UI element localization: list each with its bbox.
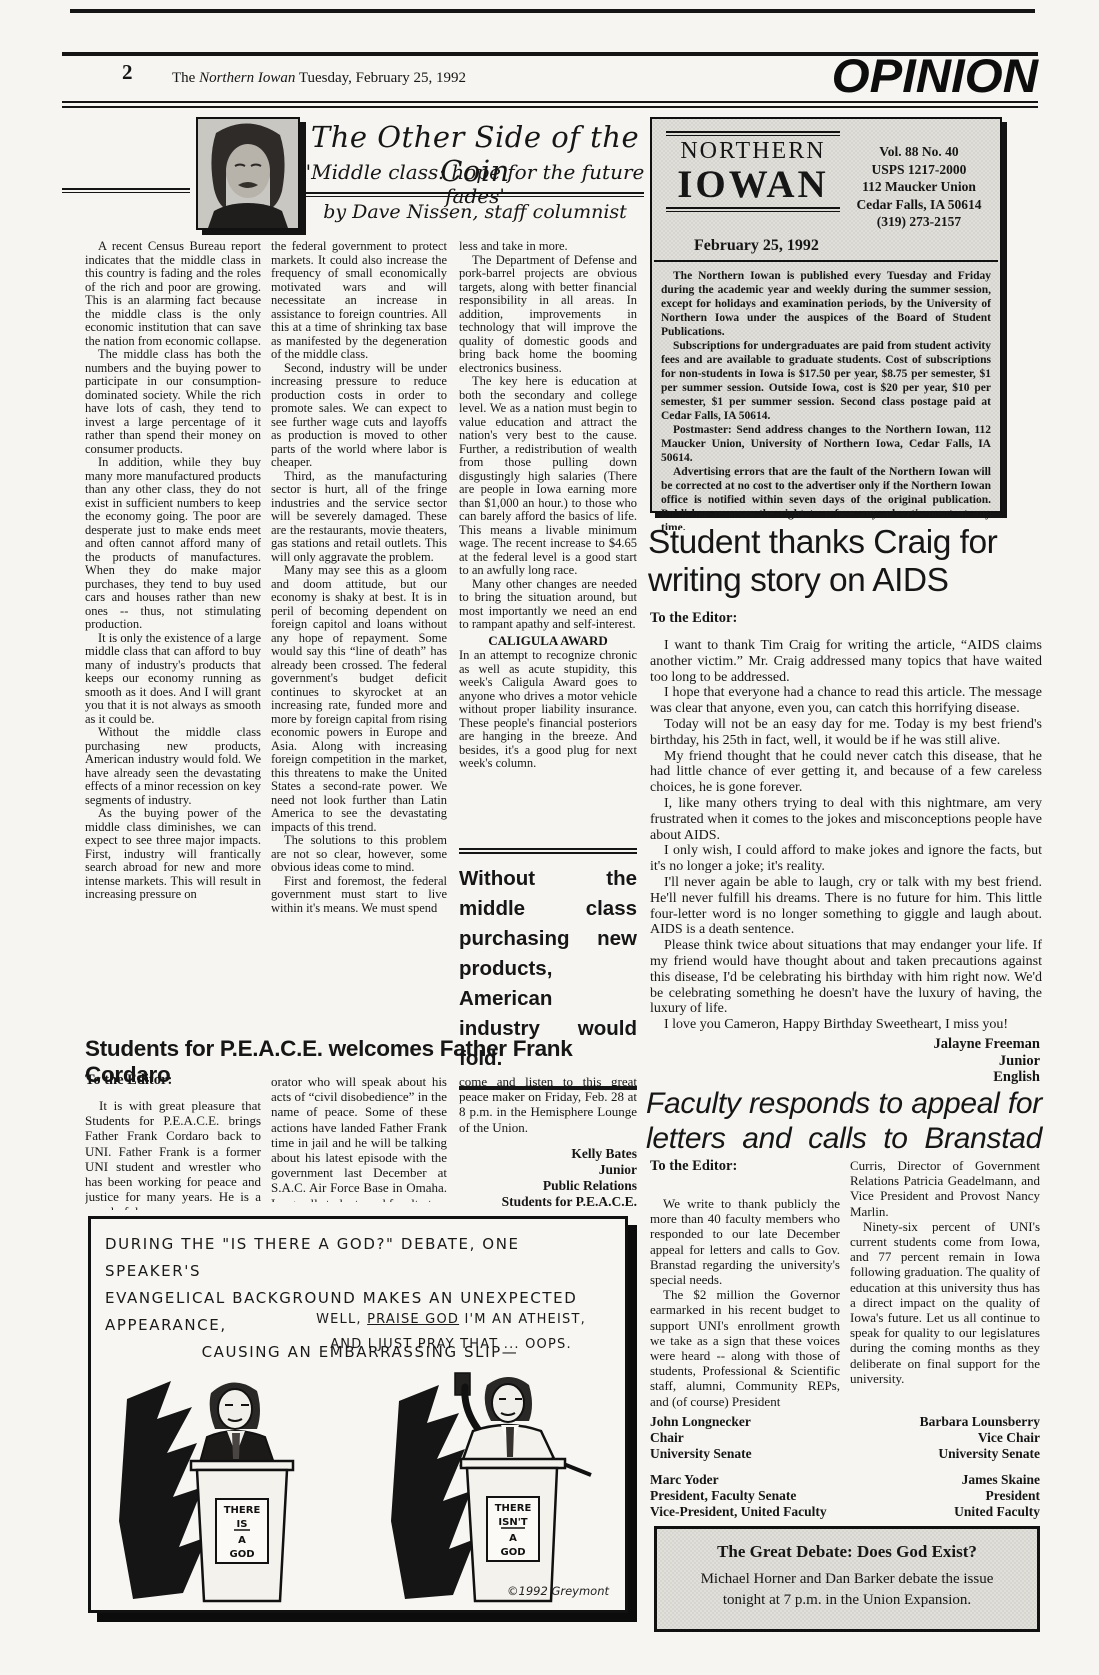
letter-paragraph: My friend thought that he could never ca…: [650, 749, 1042, 796]
letter-paragraph: I only wish, I could afford to make joke…: [650, 843, 1042, 875]
masthead-info-line: 112 Maucker Union: [846, 178, 992, 196]
debate-line: Michael Horner and Dan Barker debate the…: [657, 1569, 1037, 1590]
letter-paragraph: I love you Cameron, Happy Birthday Sweet…: [650, 1017, 1042, 1032]
faculty-signature-1: John LongneckerChairUniversity Senate: [650, 1414, 840, 1462]
left-small-rule: [62, 188, 190, 193]
column-byline: by Dave Nissen, staff columnist: [306, 201, 644, 223]
letter-paragraph: I, like many others trying to deal with …: [650, 796, 1042, 843]
signature-line: Students for P.E.A.C.E.: [459, 1194, 637, 1210]
masthead-paragraph: The Northern Iowan is published every Tu…: [661, 269, 991, 339]
podium-sign-line: GOD: [500, 1547, 525, 1558]
letter-paragraph: I want to thank Tim Craig for writing th…: [650, 638, 1042, 685]
podium-sign-line: A: [238, 1535, 246, 1546]
signature-line: Kelly Bates: [459, 1146, 637, 1162]
debater-left: [199, 1382, 275, 1466]
peace-letter-salutation: To the Editor:: [85, 1072, 172, 1089]
speech-pre: WELL,: [316, 1312, 367, 1327]
podium-sign-line: THERE: [495, 1503, 532, 1514]
signature-line: Junior: [459, 1162, 637, 1178]
masthead-paragraphs: The Northern Iowan is published every Tu…: [652, 262, 1000, 530]
speech-post: I'M AN ATHEIST,: [459, 1312, 586, 1327]
cartoon-caption-line: DURING THE "IS THERE A GOD?" DEBATE, ONE…: [105, 1231, 615, 1285]
issue-date: Tuesday, February 25, 1992: [299, 70, 466, 86]
newspaper-page: 2 The Northern Iowan Tuesday, February 2…: [0, 0, 1099, 1675]
podium-left: THERE IS A GOD: [191, 1461, 293, 1601]
columnist-photo-image: [198, 119, 298, 228]
article-paragraph: Many may see this as a gloom and doom at…: [271, 564, 447, 834]
speech-underlined: PRAISE GOD: [367, 1312, 459, 1327]
article-paragraph: The solutions to this problem are not so…: [271, 834, 447, 875]
podium-sign-line: GOD: [229, 1549, 254, 1560]
signature-line: University Senate: [850, 1446, 1040, 1462]
masthead-date: February 25, 1992: [654, 231, 998, 262]
signature-line: Barbara Lounsberry: [850, 1414, 1040, 1430]
masthead-nameplate: NORTHERN IOWAN: [660, 129, 846, 231]
masthead-paragraph: Subscriptions for undergraduates are pai…: [661, 339, 991, 423]
article-column-3b: In an attempt to recognize chronic as we…: [459, 649, 637, 771]
cartoon-speech-line-1: WELL, PRAISE GOD I'M AN ATHEIST,: [281, 1307, 621, 1332]
article-paragraph: The Department of Defense and pork-barre…: [459, 254, 637, 376]
article-column-1: A recent Census Bureau report indicates …: [85, 240, 261, 1022]
aids-letter-body: I want to thank Tim Craig for writing th…: [650, 638, 1042, 1032]
nameplate-line2: IOWAN: [660, 165, 846, 205]
peace-column-3: come and listen to this great peace make…: [459, 1074, 637, 1140]
nameplate-bottom-rule: [666, 207, 840, 212]
article-paragraph: The key here is education at both the se…: [459, 375, 637, 578]
signature-line: Marc Yoder: [650, 1472, 850, 1488]
header-bottom-rule: [62, 101, 1038, 108]
article-paragraph: In addition, while they buy many more ma…: [85, 456, 261, 632]
page-number: 2: [122, 60, 133, 85]
signature-line: President: [850, 1488, 1040, 1504]
signature-line: United Faculty: [850, 1504, 1040, 1520]
scribble-shadow-right: [391, 1385, 475, 1599]
podium-right: THERE ISN'T A GOD: [461, 1459, 565, 1601]
letter-paragraph: The $2 million the Governor earmarked in…: [650, 1287, 840, 1409]
letter-paragraph: Ninety-six percent of UNI's current stud…: [850, 1219, 1040, 1386]
letter-paragraph: orator who will speak about his acts of …: [271, 1074, 447, 1202]
signature-line: Vice Chair: [850, 1430, 1040, 1446]
article-column-2: the federal government to protect market…: [271, 240, 447, 1022]
aids-letter-salutation: To the Editor:: [650, 610, 737, 627]
podium-sign-line: ISN'T: [498, 1517, 527, 1528]
signature-line: Chair: [650, 1430, 840, 1446]
signature-line: University Senate: [650, 1446, 840, 1462]
podium-sign-line: IS: [237, 1519, 248, 1530]
article-paragraph: the federal government to protect market…: [271, 240, 447, 362]
letter-paragraph: Please think twice about situations that…: [650, 938, 1042, 1017]
section-title: OPINION: [676, 48, 1038, 103]
letter-paragraph: come and listen to this great peace make…: [459, 1074, 637, 1135]
article-column-3a: less and take in more.The Department of …: [459, 240, 637, 632]
article-paragraph: The middle class has both the numbers an…: [85, 348, 261, 456]
article-paragraph: Many other changes are needed to bring t…: [459, 578, 637, 632]
aids-letter-headline: Student thanks Craig for writing story o…: [648, 524, 1042, 600]
podium-sign-line: A: [509, 1533, 517, 1544]
aids-letter-signature: Jalayne FreemanJuniorEnglish: [650, 1036, 1040, 1086]
masthead-box: NORTHERN IOWAN Vol. 88 No. 40USPS 1217-2…: [650, 117, 1002, 513]
masthead-paragraph: Advertising errors that are the fault of…: [661, 465, 991, 530]
faculty-letter-headline: Faculty responds to appeal for letters a…: [646, 1086, 1042, 1156]
faculty-signature-4: James SkainePresidentUnited Faculty: [850, 1472, 1040, 1520]
masthead-info-line: Vol. 88 No. 40: [846, 143, 992, 161]
issue-line: The Northern Iowan Tuesday, February 25,…: [172, 70, 466, 87]
article-column-3: less and take in more.The Department of …: [459, 240, 637, 842]
article-paragraph: Third, as the manufacturing sector is hu…: [271, 470, 447, 565]
nameplate-top-rule: [666, 131, 840, 136]
masthead-info-line: (319) 273-2157: [846, 213, 992, 231]
signature-line: English: [650, 1069, 1040, 1086]
paper-name: Northern Iowan: [199, 70, 295, 86]
masthead-top: NORTHERN IOWAN Vol. 88 No. 40USPS 1217-2…: [652, 119, 1000, 231]
great-debate-box: The Great Debate: Does God Exist? Michae…: [654, 1526, 1040, 1632]
article-paragraph: Without the middle class purchasing new …: [85, 726, 261, 807]
letter-paragraph: I'll never again be able to laugh, cry o…: [650, 875, 1042, 938]
faculty-signature-2: Barbara LounsberryVice ChairUniversity S…: [850, 1414, 1040, 1462]
debate-line: tonight at 7 p.m. in the Union Expansion…: [657, 1590, 1037, 1611]
masthead-info: Vol. 88 No. 40USPS 1217-2000112 Maucker …: [846, 129, 992, 231]
signature-line: Vice-President, United Faculty: [650, 1504, 850, 1520]
signature-line: Junior: [650, 1053, 1040, 1070]
faculty-column-1: We write to thank publicly the more than…: [650, 1196, 840, 1410]
masthead-info-line: Cedar Falls, IA 50614: [846, 196, 992, 214]
signature-line: President, Faculty Senate: [650, 1488, 850, 1504]
cartoon-credit: ©1992 Greymont: [507, 1584, 609, 1598]
signature-line: James Skaine: [850, 1472, 1040, 1488]
scribble-shadow-left: [119, 1381, 207, 1599]
letter-paragraph: I hope that everyone had a chance to rea…: [650, 685, 1042, 717]
signature-line: Jalayne Freeman: [650, 1036, 1040, 1053]
masthead-paragraph: Postmaster: Send address changes to the …: [661, 423, 991, 465]
caligula-subhead: CALIGULA AWARD: [459, 632, 637, 650]
letter-paragraph: We write to thank publicly the more than…: [650, 1196, 840, 1287]
article-paragraph: less and take in more.: [459, 240, 637, 254]
peace-letter-signature: Kelly BatesJuniorPublic RelationsStudent…: [459, 1146, 637, 1210]
editorial-cartoon: DURING THE "IS THERE A GOD?" DEBATE, ONE…: [88, 1216, 628, 1613]
nameplate-line1: NORTHERN: [660, 138, 846, 165]
letter-paragraph: It is with great pleasure that Students …: [85, 1098, 261, 1210]
paper-prefix: The: [172, 70, 195, 86]
masthead-info-line: USPS 1217-2000: [846, 161, 992, 179]
faculty-column-2: Curris, Director of Government Relations…: [850, 1158, 1040, 1408]
article-paragraph: First and foremost, the federal governme…: [271, 875, 447, 916]
faculty-letter-salutation: To the Editor:: [650, 1158, 737, 1175]
article-paragraph: In an attempt to recognize chronic as we…: [459, 649, 637, 771]
article-paragraph: It is only the existence of a large midd…: [85, 632, 261, 727]
peace-column-1: It is with great pleasure that Students …: [85, 1098, 261, 1210]
letter-paragraph: Today will not be an easy day for me. To…: [650, 717, 1042, 749]
byline-rule: [306, 192, 644, 197]
debate-lines: Michael Horner and Dan Barker debate the…: [657, 1569, 1037, 1611]
signature-line: John Longnecker: [650, 1414, 840, 1430]
pull-quote-top-rule: [459, 848, 637, 854]
letter-paragraph: Curris, Director of Government Relations…: [850, 1158, 1040, 1219]
signature-line: Public Relations: [459, 1178, 637, 1194]
cartoon-drawing: THERE IS A GOD: [99, 1371, 621, 1607]
podium-sign-line: THERE: [224, 1505, 261, 1516]
article-paragraph: Second, industry will be under increasin…: [271, 362, 447, 470]
scan-edge-line: [70, 9, 1035, 13]
debate-title: The Great Debate: Does God Exist?: [657, 1529, 1037, 1562]
columnist-photo: [196, 117, 300, 230]
faculty-signature-3: Marc YoderPresident, Faculty SenateVice-…: [650, 1472, 850, 1520]
peace-column-2: orator who will speak about his acts of …: [271, 1074, 447, 1202]
cartoon-speech: WELL, PRAISE GOD I'M AN ATHEIST, AND I J…: [281, 1307, 621, 1357]
article-paragraph: A recent Census Bureau report indicates …: [85, 240, 261, 348]
article-paragraph: As the buying power of the middle class …: [85, 807, 261, 902]
cartoon-speech-line-2: AND I JUST PRAY THAT ... OOPS.: [281, 1332, 621, 1357]
